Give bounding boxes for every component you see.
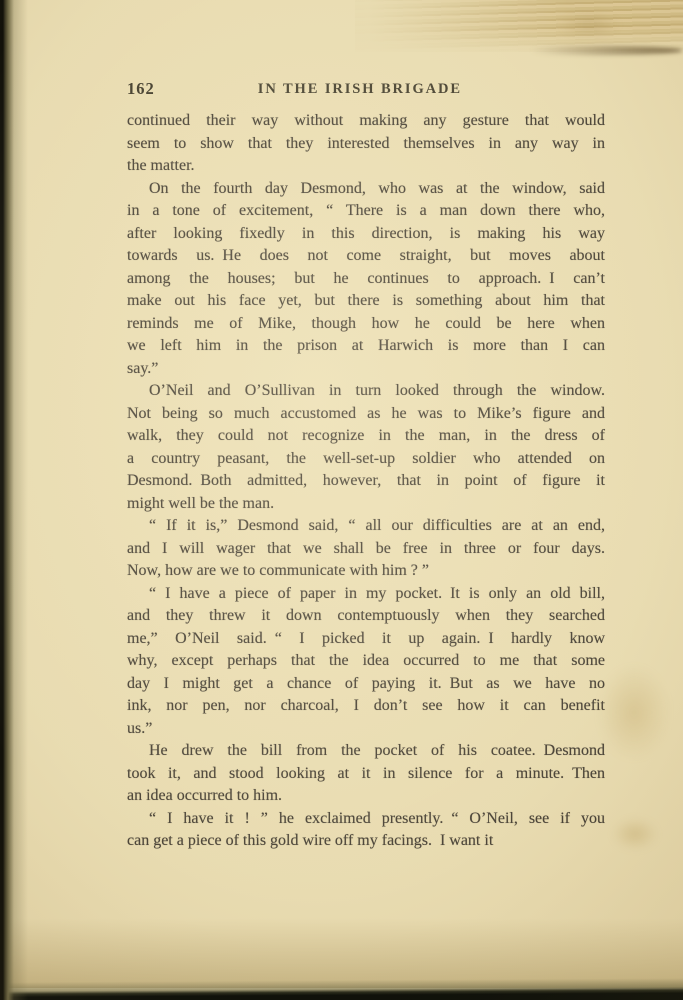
text-line: me,” O’Neil said. “ I picked it up again… — [127, 628, 605, 651]
text-line: and they threw it down contemptuously wh… — [127, 605, 605, 628]
paragraph: O’Neil and O’Sullivan in turn looked thr… — [127, 380, 605, 515]
text-line: “ I have it ! ” he exclaimed presently. … — [127, 808, 605, 831]
running-title: IN THE IRISH BRIGADE — [258, 81, 462, 98]
stacked-page-edges-shadow — [513, 46, 683, 55]
text-line: towards us. He does not come straight, b… — [127, 245, 605, 268]
text-line: we left him in the prison at Harwich is … — [127, 335, 605, 358]
text-line: after looking fixedly in this direction,… — [127, 223, 605, 246]
bottom-page-shade — [0, 918, 683, 988]
paper-stain — [560, 12, 620, 38]
paper-stain — [598, 665, 670, 760]
text-line: “ I have a piece of paper in my pocket. … — [127, 583, 605, 606]
page-number: 162 — [127, 79, 155, 99]
book-binding-edge — [0, 0, 28, 1000]
text-line: continued their way without making any g… — [127, 110, 605, 133]
text-line: among the houses; but he continues to ap… — [127, 268, 605, 291]
text-line: reminds me of Mike, though how he could … — [127, 313, 605, 336]
text-line: walk, they could not recognize in the ma… — [127, 425, 605, 448]
text-line: On the fourth day Desmond, who was at th… — [127, 178, 605, 201]
book-bottom-edge — [0, 978, 683, 1000]
text-line: seem to show that they interested themse… — [127, 133, 605, 156]
text-line: can get a piece of this gold wire off my… — [127, 830, 605, 853]
text-line: took it, and stood looking at it in sile… — [127, 763, 605, 786]
text-line: Now, how are we to communicate with him … — [127, 560, 605, 583]
text-line: a country peasant, the well-set-up soldi… — [127, 448, 605, 471]
text-line: why, except perhaps that the idea occurr… — [127, 650, 605, 673]
page-header: 162 IN THE IRISH BRIGADE — [127, 79, 605, 101]
paragraph: He drew the bill from the pocket of his … — [127, 740, 605, 808]
paragraph: “ I have a piece of paper in my pocket. … — [127, 583, 605, 741]
text-line: in a tone of excitement, “ There is a ma… — [127, 200, 605, 223]
text-line: day I might get a chance of paying it. B… — [127, 673, 605, 696]
text-line: Not being so much accustomed as he was t… — [127, 403, 605, 426]
stacked-page-edges-fade — [355, 0, 683, 52]
text-line: Desmond. Both admitted, however, that in… — [127, 470, 605, 493]
paragraph: “ If it is,” Desmond said, “ all our dif… — [127, 515, 605, 583]
text-line: O’Neil and O’Sullivan in turn looked thr… — [127, 380, 605, 403]
text-body: continued their way without making any g… — [127, 110, 605, 853]
text-line: us.” — [127, 718, 605, 741]
book-scan: 162 IN THE IRISH BRIGADE continued their… — [0, 0, 683, 1000]
paper-stain — [612, 818, 658, 850]
text-line: the matter. — [127, 155, 605, 178]
text-line: He drew the bill from the pocket of his … — [127, 740, 605, 763]
text-line: make out his face yet, but there is some… — [127, 290, 605, 313]
page: 162 IN THE IRISH BRIGADE continued their… — [0, 0, 683, 1000]
paragraph: On the fourth day Desmond, who was at th… — [127, 178, 605, 381]
paragraph: “ I have it ! ” he exclaimed presently. … — [127, 808, 605, 853]
text-line: “ If it is,” Desmond said, “ all our dif… — [127, 515, 605, 538]
text-line: ink, nor pen, nor charcoal, I don’t see … — [127, 695, 605, 718]
text-line: and I will wager that we shall be free i… — [127, 538, 605, 561]
text-line: an idea occurred to him. — [127, 785, 605, 808]
text-line: say.” — [127, 358, 605, 381]
text-line: might well be the man. — [127, 493, 605, 516]
paragraph: continued their way without making any g… — [127, 110, 605, 178]
